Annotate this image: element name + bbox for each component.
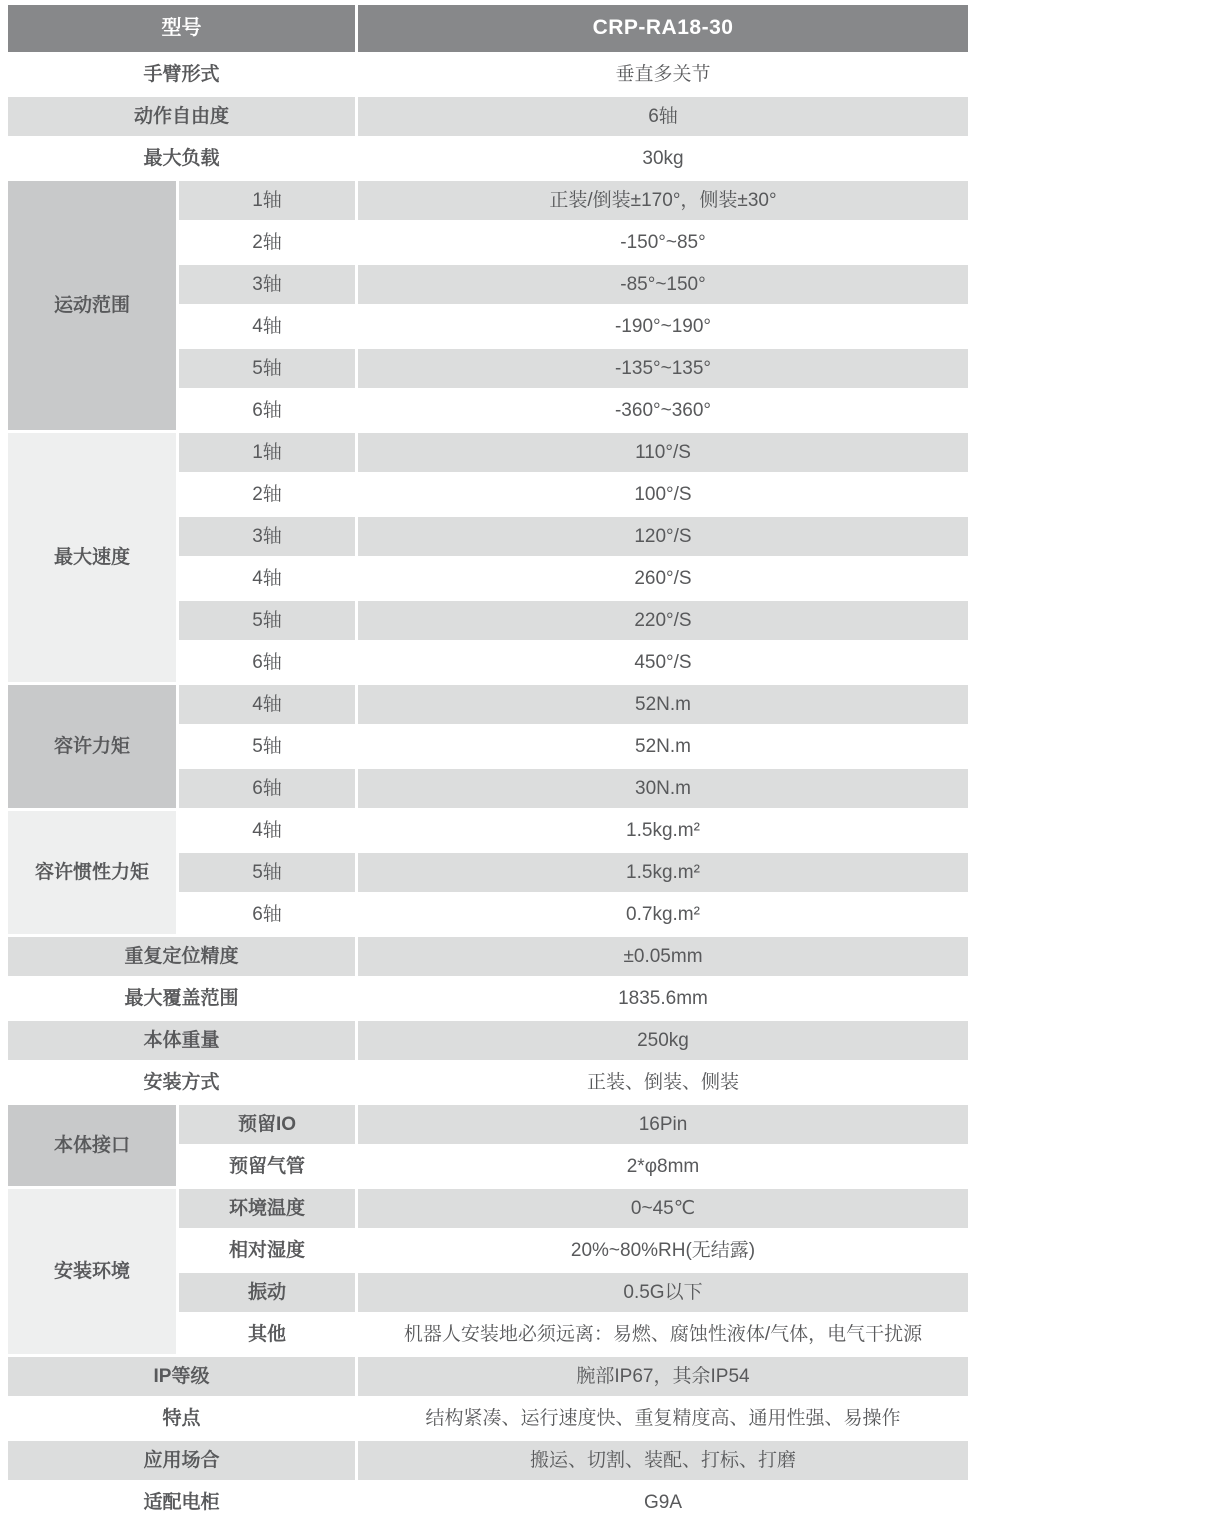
spec-subrow-label: 预留IO [179, 1105, 355, 1144]
spec-row-value: 机器人安装地必须远离：易燃、腐蚀性液体/气体，电气干扰源 [358, 1315, 968, 1354]
spec-table: 型号CRP-RA18-30手臂形式垂直多关节动作自由度6轴最大负载30kg运动范… [8, 5, 965, 1522]
spec-axis-label: 4轴 [179, 685, 355, 724]
spec-axis-label: 6轴 [179, 643, 355, 682]
spec-row-value: 0.7kg.m² [358, 895, 968, 934]
spec-row-value: 2*φ8mm [358, 1147, 968, 1186]
spec-row-value: 6轴 [358, 97, 968, 136]
spec-row-label: 适配电柜 [8, 1483, 355, 1522]
spec-row-value: 52N.m [358, 727, 968, 766]
spec-row-value: ±0.05mm [358, 937, 968, 976]
spec-row-value: 垂直多关节 [358, 55, 968, 94]
spec-row-value: 30kg [358, 139, 968, 178]
spec-row-value: 1.5kg.m² [358, 853, 968, 892]
spec-row-value: 结构紧凑、运行速度快、重复精度高、通用性强、易操作 [358, 1399, 968, 1438]
spec-row-value: 正装/倒装±170°，侧装±30° [358, 181, 968, 220]
spec-row-value: G9A [358, 1483, 968, 1522]
spec-row-label: 最大负载 [8, 139, 355, 178]
spec-axis-label: 5轴 [179, 349, 355, 388]
spec-row-value: 52N.m [358, 685, 968, 724]
spec-row-value: 250kg [358, 1021, 968, 1060]
spec-row-value: 搬运、切割、装配、打标、打磨 [358, 1441, 968, 1480]
spec-row-label: 动作自由度 [8, 97, 355, 136]
spec-axis-label: 4轴 [179, 811, 355, 850]
spec-subrow-label: 预留气管 [179, 1147, 355, 1186]
spec-row-value: 0~45℃ [358, 1189, 968, 1228]
spec-row-value: 1.5kg.m² [358, 811, 968, 850]
spec-axis-label: 5轴 [179, 853, 355, 892]
spec-row-value: -85°~150° [358, 265, 968, 304]
spec-row-value: 100°/S [358, 475, 968, 514]
spec-axis-label: 6轴 [179, 895, 355, 934]
spec-axis-label: 5轴 [179, 727, 355, 766]
spec-row-value: 20%~80%RH(无结露) [358, 1231, 968, 1270]
spec-row-value: 1835.6mm [358, 979, 968, 1018]
spec-group-label: 安装环境 [8, 1189, 176, 1354]
spec-group-label: 本体接口 [8, 1105, 176, 1186]
spec-row-value: -150°~85° [358, 223, 968, 262]
spec-row-label: 安装方式 [8, 1063, 355, 1102]
spec-subrow-label: 相对湿度 [179, 1231, 355, 1270]
spec-axis-label: 6轴 [179, 391, 355, 430]
spec-axis-label: 1轴 [179, 433, 355, 472]
spec-row-label: 应用场合 [8, 1441, 355, 1480]
spec-row-label: 手臂形式 [8, 55, 355, 94]
spec-axis-label: 3轴 [179, 517, 355, 556]
spec-group-label: 最大速度 [8, 433, 176, 682]
spec-row-label: 特点 [8, 1399, 355, 1438]
spec-subrow-label: 振动 [179, 1273, 355, 1312]
spec-row-value: 260°/S [358, 559, 968, 598]
spec-row-label: 重复定位精度 [8, 937, 355, 976]
spec-row-value: 0.5G以下 [358, 1273, 968, 1312]
spec-axis-label: 4轴 [179, 307, 355, 346]
spec-row-value: 30N.m [358, 769, 968, 808]
spec-axis-label: 6轴 [179, 769, 355, 808]
spec-row-label: 本体重量 [8, 1021, 355, 1060]
spec-row-value: 220°/S [358, 601, 968, 640]
spec-axis-label: 2轴 [179, 475, 355, 514]
spec-row-value: 腕部IP67，其余IP54 [358, 1357, 968, 1396]
spec-axis-label: 2轴 [179, 223, 355, 262]
spec-group-label: 运动范围 [8, 181, 176, 430]
spec-row-value: 120°/S [358, 517, 968, 556]
spec-group-label: 容许力矩 [8, 685, 176, 808]
spec-axis-label: 4轴 [179, 559, 355, 598]
spec-row-value: 正装、倒装、侧装 [358, 1063, 968, 1102]
spec-row-value: 450°/S [358, 643, 968, 682]
spec-axis-label: 1轴 [179, 181, 355, 220]
spec-subrow-label: 环境温度 [179, 1189, 355, 1228]
spec-group-label: 容许惯性力矩 [8, 811, 176, 934]
robot-spec-sheet: 型号CRP-RA18-30手臂形式垂直多关节动作自由度6轴最大负载30kg运动范… [0, 0, 1220, 1526]
spec-row-value: 16Pin [358, 1105, 968, 1144]
spec-axis-label: 3轴 [179, 265, 355, 304]
spec-row-label: IP等级 [8, 1357, 355, 1396]
spec-row-value: 110°/S [358, 433, 968, 472]
spec-axis-label: 5轴 [179, 601, 355, 640]
spec-subrow-label: 其他 [179, 1315, 355, 1354]
spec-row-label: 最大覆盖范围 [8, 979, 355, 1018]
model-label: 型号 [8, 5, 355, 52]
spec-row-value: -190°~190° [358, 307, 968, 346]
spec-row-value: -135°~135° [358, 349, 968, 388]
model-value: CRP-RA18-30 [358, 5, 968, 52]
spec-row-value: -360°~360° [358, 391, 968, 430]
